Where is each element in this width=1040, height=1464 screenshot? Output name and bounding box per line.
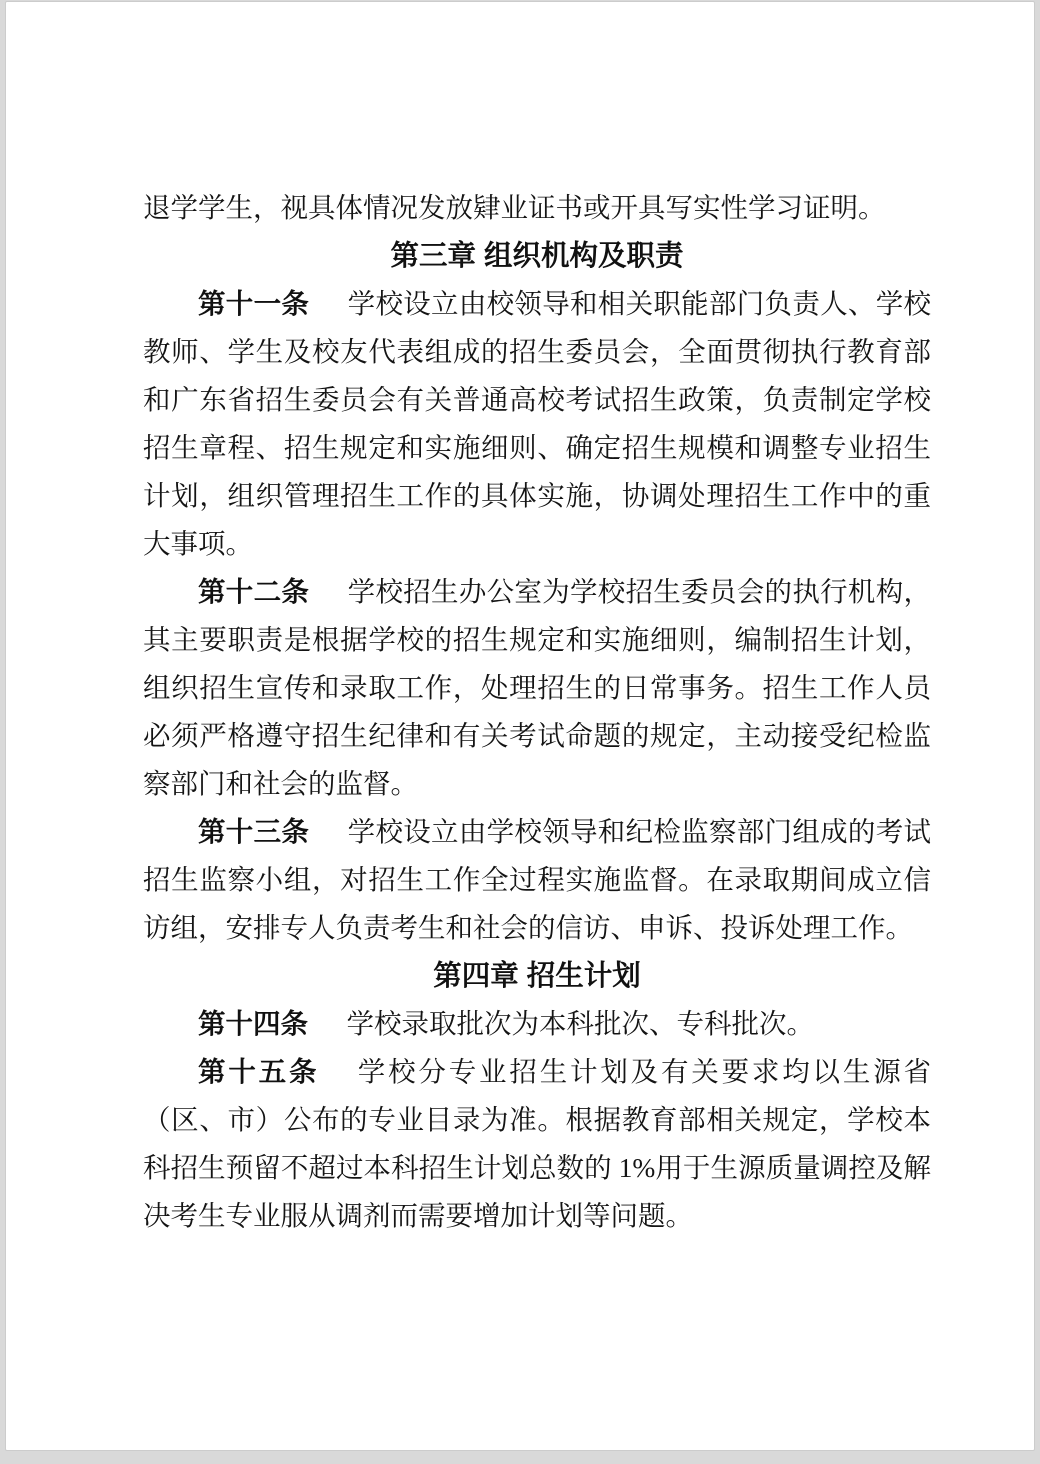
article-15: 第十五条学校分专业招生计划及有关要求均以生源省（区、市）公布的专业目录为准。根据… <box>143 1048 931 1240</box>
continuation-paragraph: 退学学生，视具体情况发放肄业证书或开具写实性学习证明。 <box>143 184 931 232</box>
document-text-block: 退学学生，视具体情况发放肄业证书或开具写实性学习证明。 第三章 组织机构及职责 … <box>143 184 931 1240</box>
document-page: 退学学生，视具体情况发放肄业证书或开具写实性学习证明。 第三章 组织机构及职责 … <box>5 1 1035 1451</box>
article-13: 第十三条学校设立由学校领导和纪检监察部门组成的考试招生监察小组，对招生工作全过程… <box>143 808 931 952</box>
article-11-text: 学校设立由校领导和相关职能部门负责人、学校教师、学生及校友代表组成的招生委员会，… <box>143 288 931 559</box>
article-12: 第十二条学校招生办公室为学校招生委员会的执行机构，其主要职责是根据学校的招生规定… <box>143 568 931 808</box>
article-11-label: 第十一条 <box>198 288 309 319</box>
chapter-heading-4: 第四章 招生计划 <box>143 952 931 1000</box>
article-14-text: 学校录取批次为本科批次、专科批次。 <box>347 1008 815 1039</box>
article-14-label: 第十四条 <box>198 1008 308 1039</box>
article-11: 第十一条学校设立由校领导和相关职能部门负责人、学校教师、学生及校友代表组成的招生… <box>143 280 931 568</box>
article-12-text: 学校招生办公室为学校招生委员会的执行机构，其主要职责是根据学校的招生规定和实施细… <box>143 576 931 799</box>
article-15-label: 第十五条 <box>198 1056 319 1087</box>
article-14: 第十四条学校录取批次为本科批次、专科批次。 <box>143 1000 931 1048</box>
article-12-label: 第十二条 <box>198 576 309 607</box>
document-viewer-background: { "page": { "background_color": "#ffffff… <box>0 0 1040 1464</box>
article-13-label: 第十三条 <box>198 816 309 847</box>
chapter-heading-3: 第三章 组织机构及职责 <box>143 232 931 280</box>
